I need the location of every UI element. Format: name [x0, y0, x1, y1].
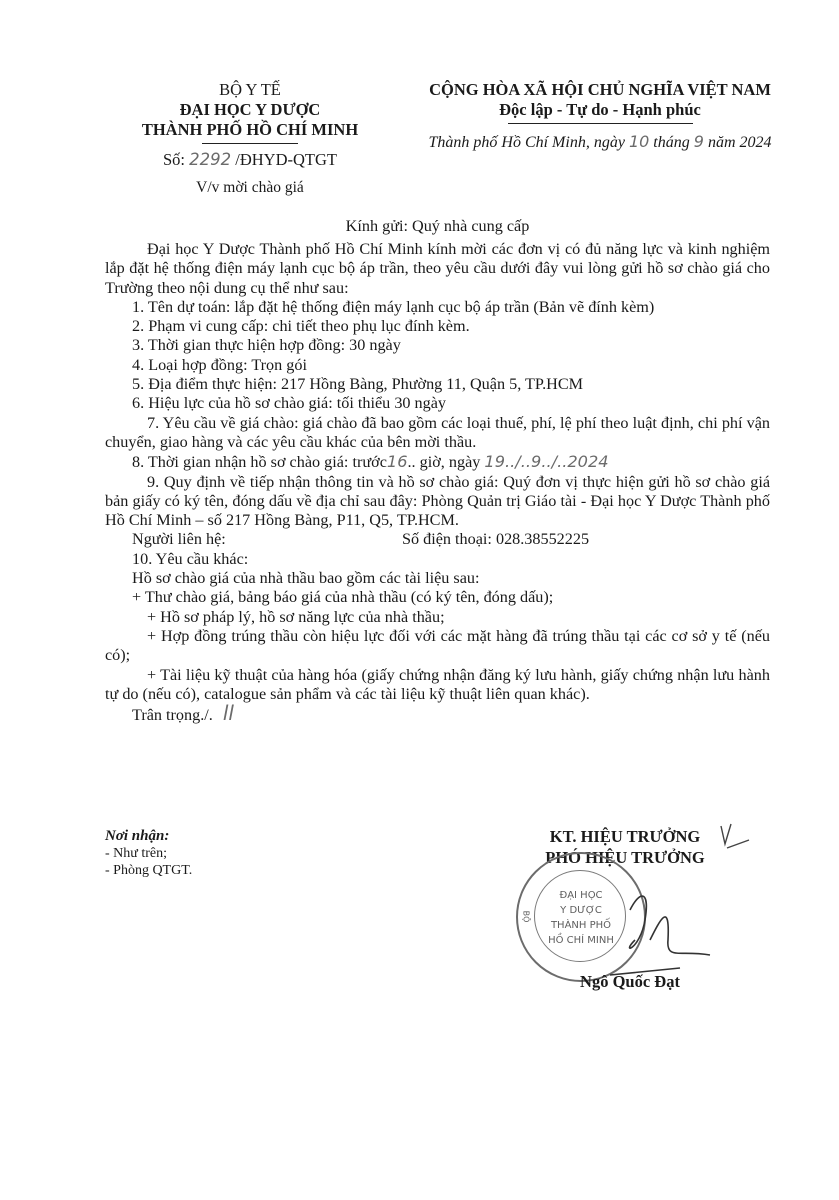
- recipient-item: - Như trên;: [105, 845, 192, 862]
- issuer-block: BỘ Y TẾ ĐẠI HỌC Y DƯỢC THÀNH PHỐ HỒ CHÍ …: [105, 80, 395, 198]
- list-item: 5. Địa điểm thực hiện: 217 Hồng Bàng, Ph…: [105, 375, 770, 394]
- contact-line: Người liên hệ:Số điện thoại: 028.3855222…: [105, 530, 770, 549]
- list-item: 4. Loại hợp đồng: Trọn gói: [105, 356, 770, 375]
- requirement-item: + Thư chào giá, bảng báo giá của nhà thầ…: [105, 588, 770, 607]
- ministry-name: BỘ Y TẾ: [105, 80, 395, 100]
- list-item: 2. Phạm vi cung cấp: chi tiết theo phụ l…: [105, 317, 770, 336]
- org-name-line1: ĐẠI HỌC Y DƯỢC: [105, 100, 395, 120]
- document-number: Số: 2292 /ĐHYD-QTGT: [105, 150, 395, 170]
- divider: [202, 143, 298, 144]
- closing: Trân trọng./. ll: [105, 704, 770, 725]
- requirement-item: + Tài liệu kỹ thuật của hàng hóa (giấy c…: [105, 666, 770, 705]
- list-item: 1. Tên dự toán: lắp đặt hệ thống điện má…: [105, 298, 770, 317]
- national-header: CỘNG HÒA XÃ HỘI CHỦ NGHĨA VIỆT NAM Độc l…: [405, 80, 795, 153]
- recipients-title: Nơi nhận:: [105, 828, 192, 845]
- nation-title: CỘNG HÒA XÃ HỘI CHỦ NGHĨA VIỆT NAM: [405, 80, 795, 100]
- signer-name: Ngô Quốc Đạt: [560, 972, 700, 992]
- initials-mark: [715, 818, 755, 868]
- requirements-intro: Hồ sơ chào giá của nhà thầu bao gồm các …: [105, 569, 770, 588]
- list-item: 8. Thời gian nhận hồ sơ chào giá: trước1…: [105, 452, 770, 472]
- list-item: 3. Thời gian thực hiện hợp đồng: 30 ngày: [105, 336, 770, 355]
- list-item: 6. Hiệu lực của hồ sơ chào giá: tối thiể…: [105, 394, 770, 413]
- list-item: 9. Quy định về tiếp nhận thông tin và hồ…: [105, 473, 770, 531]
- date-line: Thành phố Hồ Chí Minh, ngày 10 tháng 9 n…: [405, 132, 795, 153]
- requirement-item: + Hồ sơ pháp lý, hồ sơ năng lực của nhà …: [105, 608, 770, 627]
- intro-paragraph: Đại học Y Dược Thành phố Hồ Chí Minh kín…: [105, 240, 770, 298]
- motto: Độc lập - Tự do - Hạnh phúc: [405, 100, 795, 120]
- signer-title-line1: KT. HIỆU TRƯỞNG: [520, 826, 730, 847]
- subject-line: V/v mời chào giá: [105, 178, 395, 198]
- divider: [508, 123, 693, 124]
- letter-body: Đại học Y Dược Thành phố Hồ Chí Minh kín…: [105, 240, 770, 725]
- requirement-item: + Hợp đồng trúng thầu còn hiệu lực đối v…: [105, 627, 770, 666]
- recipients-block: Nơi nhận: - Như trên; - Phòng QTGT.: [105, 828, 192, 879]
- salutation: Kính gửi: Quý nhà cung cấp: [105, 217, 770, 236]
- list-item: 7. Yêu cầu về giá chào: giá chào đã bao …: [105, 414, 770, 453]
- recipient-item: - Phòng QTGT.: [105, 862, 192, 879]
- list-item: 10. Yêu cầu khác:: [105, 550, 770, 569]
- handwritten-number: 2292: [189, 150, 231, 169]
- org-name-line2: THÀNH PHỐ HỒ CHÍ MINH: [105, 120, 395, 140]
- initials-mark: ll: [223, 701, 234, 725]
